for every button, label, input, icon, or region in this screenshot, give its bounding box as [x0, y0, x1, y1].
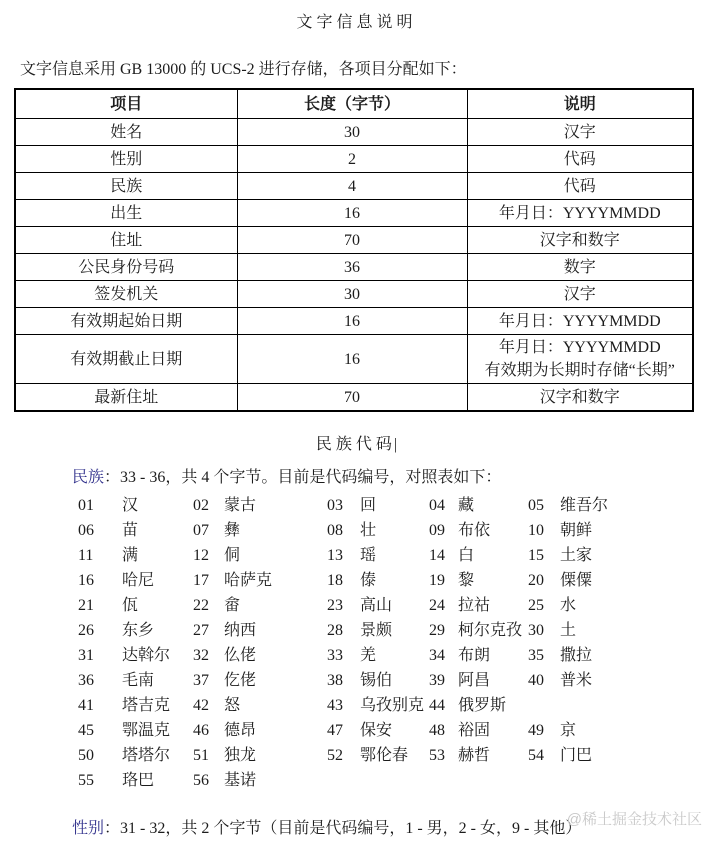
ethnic-name: 傈僳 [560, 568, 592, 593]
ethnic-name: 珞巴 [122, 768, 193, 793]
ethnic-code: 35 [528, 643, 560, 668]
ethnic-name: 白 [458, 543, 528, 568]
ethnic-intro: 民族：33 - 36，共 4 个字节。目前是代码编号，对照表如下： [72, 467, 713, 488]
ethnic-name: 基诺 [224, 768, 327, 793]
ethnic-name: 拉祜 [458, 593, 528, 618]
length-cell: 30 [237, 281, 467, 308]
ethnic-code: 10 [528, 518, 560, 543]
table-row: 有效期起始日期16年月日：YYYYMMDD [15, 308, 693, 335]
table-row: 性别2代码 [15, 146, 693, 173]
ethnic-name: 傣 [360, 568, 429, 593]
desc-cell: 汉字 [467, 281, 693, 308]
ethnic-code: 26 [78, 618, 122, 643]
ethnic-name: 回 [360, 493, 429, 518]
ethnic-code: 02 [193, 493, 224, 518]
desc-line: 代码 [470, 148, 691, 171]
ethnic-code-row: 06苗07彝08壮09布依10朝鲜 [78, 518, 713, 543]
ethnic-code: 06 [78, 518, 122, 543]
table-row: 有效期截止日期16年月日：YYYYMMDD有效期为长期时存储“长期” [15, 335, 693, 384]
ethnic-name: 乌孜别克 [360, 693, 429, 718]
ethnic-name: 纳西 [224, 618, 327, 643]
desc-line: 数字 [470, 256, 691, 279]
table-row: 姓名30汉字 [15, 119, 693, 146]
section-title-text: 民族代码 [316, 436, 396, 453]
col-header-desc: 说明 [467, 89, 693, 119]
ethnic-code: 16 [78, 568, 122, 593]
ethnic-code: 52 [327, 743, 360, 768]
ethnic-code: 18 [327, 568, 360, 593]
ethnic-name: 朝鲜 [560, 518, 592, 543]
item-cell: 民族 [15, 173, 237, 200]
ethnic-name: 柯尔克孜 [458, 618, 528, 643]
item-cell: 公民身份号码 [15, 254, 237, 281]
ethnic-code-row: 55珞巴56基诺 [78, 768, 713, 793]
ethnic-code-row: 45鄂温克46德昂47保安48裕固49京 [78, 718, 713, 743]
ethnic-name: 门巴 [560, 743, 592, 768]
ethnic-code: 25 [528, 593, 560, 618]
desc-line: 年月日：YYYYMMDD [470, 202, 691, 225]
desc-line-2: 有效期为长期时存储“长期” [470, 359, 691, 382]
ethnic-code-list: 01汉02蒙古03回04藏05维吾尔06苗07彝08壮09布依10朝鲜11满12… [78, 493, 713, 793]
ethnic-code: 12 [193, 543, 224, 568]
col-header-length: 长度（字节） [237, 89, 467, 119]
table-row: 出生16年月日：YYYYMMDD [15, 200, 693, 227]
item-cell: 最新住址 [15, 384, 237, 412]
ethnic-name: 土 [560, 618, 576, 643]
ethnic-name: 独龙 [224, 743, 327, 768]
item-cell: 有效期截止日期 [15, 335, 237, 384]
ethnic-name: 藏 [458, 493, 528, 518]
ethnic-name: 怒 [224, 693, 327, 718]
document-page: 文字信息说明 文字信息采用 GB 13000 的 UCS-2 进行存储，各项目分… [0, 0, 713, 843]
ethnic-code: 17 [193, 568, 224, 593]
ethnic-name: 土家 [560, 543, 592, 568]
table-row: 签发机关30汉字 [15, 281, 693, 308]
length-cell: 70 [237, 384, 467, 412]
ethnic-code: 30 [528, 618, 560, 643]
intro-text: 文字信息采用 GB 13000 的 UCS-2 进行存储，各项目分配如下： [20, 59, 713, 80]
ethnic-code-row: 36毛南37仡佬38锡伯39阿昌40普米 [78, 668, 713, 693]
ethnic-name: 黎 [458, 568, 528, 593]
ethnic-name: 俄罗斯 [458, 693, 528, 718]
length-cell: 16 [237, 200, 467, 227]
ethnic-name: 京 [560, 718, 576, 743]
ethnic-name: 布依 [458, 518, 528, 543]
ethnic-name: 鄂伦春 [360, 743, 429, 768]
ethnic-code: 21 [78, 593, 122, 618]
ethnic-code: 15 [528, 543, 560, 568]
ethnic-code-row: 11满12侗13瑶14白15土家 [78, 543, 713, 568]
ethnic-name: 哈尼 [122, 568, 193, 593]
ethnic-code-row: 41塔吉克42怒43乌孜别克44俄罗斯 [78, 693, 713, 718]
ethnic-name: 普米 [560, 668, 592, 693]
ethnic-name: 汉 [122, 493, 193, 518]
ethnic-code: 50 [78, 743, 122, 768]
ethnic-name: 羌 [360, 643, 429, 668]
ethnic-name: 达斡尔 [122, 643, 193, 668]
ethnic-code: 53 [429, 743, 458, 768]
ethnic-name: 水 [560, 593, 576, 618]
desc-cell: 数字 [467, 254, 693, 281]
ethnic-name: 毛南 [122, 668, 193, 693]
table-header-row: 项目 长度（字节） 说明 [15, 89, 693, 119]
ethnic-code: 38 [327, 668, 360, 693]
desc-line: 年月日：YYYYMMDD [470, 336, 691, 359]
item-cell: 性别 [15, 146, 237, 173]
length-cell: 16 [237, 335, 467, 384]
ethnic-name: 仫佬 [224, 643, 327, 668]
ethnic-code: 20 [528, 568, 560, 593]
ethnic-code-row: 26东乡27纳西28景颇29柯尔克孜30土 [78, 618, 713, 643]
desc-cell: 汉字和数字 [467, 384, 693, 412]
ethnic-code: 03 [327, 493, 360, 518]
ethnic-name: 高山 [360, 593, 429, 618]
ethnic-code: 28 [327, 618, 360, 643]
ethnic-name: 保安 [360, 718, 429, 743]
item-cell: 签发机关 [15, 281, 237, 308]
length-cell: 2 [237, 146, 467, 173]
desc-cell: 汉字 [467, 119, 693, 146]
ethnic-name: 德昂 [224, 718, 327, 743]
ethnic-name: 满 [122, 543, 193, 568]
ethnic-name: 维吾尔 [560, 493, 608, 518]
ethnic-name: 畲 [224, 593, 327, 618]
ethnic-code: 56 [193, 768, 224, 793]
ethnic-code: 11 [78, 543, 122, 568]
table-row: 最新住址70汉字和数字 [15, 384, 693, 412]
ethnic-code: 51 [193, 743, 224, 768]
ethnic-code-row: 50塔塔尔51独龙52鄂伦春53赫哲54门巴 [78, 743, 713, 768]
item-cell: 出生 [15, 200, 237, 227]
ethnic-code: 55 [78, 768, 122, 793]
table-row: 公民身份号码36数字 [15, 254, 693, 281]
ethnic-code: 07 [193, 518, 224, 543]
ethnic-code-row: 21佤22畲23高山24拉祜25水 [78, 593, 713, 618]
desc-cell: 代码 [467, 146, 693, 173]
watermark: @稀土掘金技术社区 [567, 808, 702, 829]
length-cell: 30 [237, 119, 467, 146]
ethnic-code: 33 [327, 643, 360, 668]
ethnic-code: 34 [429, 643, 458, 668]
ethnic-name: 东乡 [122, 618, 193, 643]
ethnic-code: 40 [528, 668, 560, 693]
length-cell: 4 [237, 173, 467, 200]
ethnic-code: 24 [429, 593, 458, 618]
ethnic-name: 塔塔尔 [122, 743, 193, 768]
ethnic-code-row: 01汉02蒙古03回04藏05维吾尔 [78, 493, 713, 518]
section-title-ethnic-codes: 民族代码| [0, 431, 713, 454]
table-row: 民族4代码 [15, 173, 693, 200]
item-cell: 姓名 [15, 119, 237, 146]
ethnic-label: 民族 [72, 469, 104, 486]
ethnic-code: 49 [528, 718, 560, 743]
ethnic-code: 27 [193, 618, 224, 643]
ethnic-code: 41 [78, 693, 122, 718]
desc-line: 汉字 [470, 121, 691, 144]
ethnic-name: 撒拉 [560, 643, 592, 668]
ethnic-name: 彝 [224, 518, 327, 543]
ethnic-name: 瑶 [360, 543, 429, 568]
ethnic-code: 47 [327, 718, 360, 743]
ethnic-code: 13 [327, 543, 360, 568]
ethnic-name: 蒙古 [224, 493, 327, 518]
ethnic-code: 14 [429, 543, 458, 568]
ethnic-code: 22 [193, 593, 224, 618]
length-cell: 16 [237, 308, 467, 335]
item-cell: 有效期起始日期 [15, 308, 237, 335]
desc-cell: 年月日：YYYYMMDD [467, 308, 693, 335]
ethnic-code: 08 [327, 518, 360, 543]
ethnic-name: 哈萨克 [224, 568, 327, 593]
ethnic-code: 19 [429, 568, 458, 593]
ethnic-code: 32 [193, 643, 224, 668]
ethnic-name: 阿昌 [458, 668, 528, 693]
ethnic-name: 赫哲 [458, 743, 528, 768]
gender-label: 性别 [72, 820, 104, 837]
desc-cell: 代码 [467, 173, 693, 200]
ethnic-intro-text: ：33 - 36，共 4 个字节。目前是代码编号，对照表如下： [104, 469, 501, 486]
ethnic-code: 46 [193, 718, 224, 743]
desc-line: 汉字 [470, 283, 691, 306]
ethnic-name: 塔吉克 [122, 693, 193, 718]
ethnic-code-row: 16哈尼17哈萨克18傣19黎20傈僳 [78, 568, 713, 593]
ethnic-code-row: 31达斡尔32仫佬33羌34布朗35撒拉 [78, 643, 713, 668]
ethnic-code: 04 [429, 493, 458, 518]
ethnic-code: 39 [429, 668, 458, 693]
ethnic-name: 鄂温克 [122, 718, 193, 743]
desc-line: 汉字和数字 [470, 386, 691, 409]
ethnic-code: 29 [429, 618, 458, 643]
desc-line: 代码 [470, 175, 691, 198]
ethnic-name: 苗 [122, 518, 193, 543]
ethnic-code: 48 [429, 718, 458, 743]
ethnic-name: 布朗 [458, 643, 528, 668]
desc-cell: 汉字和数字 [467, 227, 693, 254]
ethnic-name: 景颇 [360, 618, 429, 643]
ethnic-name: 锡伯 [360, 668, 429, 693]
field-spec-table: 项目 长度（字节） 说明 姓名30汉字性别2代码民族4代码出生16年月日：YYY… [14, 88, 694, 412]
length-cell: 70 [237, 227, 467, 254]
page-title: 文字信息说明 [0, 0, 713, 32]
desc-cell: 年月日：YYYYMMDD有效期为长期时存储“长期” [467, 335, 693, 384]
text-cursor: | [394, 436, 397, 453]
ethnic-code: 54 [528, 743, 560, 768]
ethnic-name: 裕固 [458, 718, 528, 743]
ethnic-code: 36 [78, 668, 122, 693]
ethnic-code: 37 [193, 668, 224, 693]
ethnic-code: 44 [429, 693, 458, 718]
ethnic-code: 43 [327, 693, 360, 718]
ethnic-code: 09 [429, 518, 458, 543]
ethnic-code: 42 [193, 693, 224, 718]
item-cell: 住址 [15, 227, 237, 254]
table-row: 住址70汉字和数字 [15, 227, 693, 254]
ethnic-code: 05 [528, 493, 560, 518]
ethnic-name: 壮 [360, 518, 429, 543]
length-cell: 36 [237, 254, 467, 281]
desc-cell: 年月日：YYYYMMDD [467, 200, 693, 227]
ethnic-name: 侗 [224, 543, 327, 568]
ethnic-code: 31 [78, 643, 122, 668]
desc-line: 汉字和数字 [470, 229, 691, 252]
ethnic-name: 佤 [122, 593, 193, 618]
gender-note-text: ：31 - 32，共 2 个字节（目前是代码编号，1 - 男，2 - 女，9 -… [104, 820, 581, 837]
ethnic-code: 23 [327, 593, 360, 618]
desc-line: 年月日：YYYYMMDD [470, 310, 691, 333]
ethnic-code: 01 [78, 493, 122, 518]
col-header-item: 项目 [15, 89, 237, 119]
ethnic-name: 仡佬 [224, 668, 327, 693]
ethnic-code: 45 [78, 718, 122, 743]
